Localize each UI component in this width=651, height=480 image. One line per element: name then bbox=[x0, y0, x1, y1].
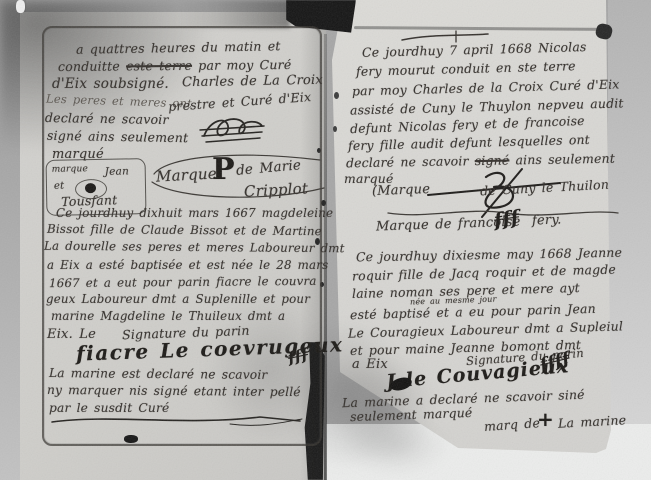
mark-box-name: Jean bbox=[105, 165, 129, 177]
right-background-strip bbox=[608, 0, 651, 480]
mark-label: Marque bbox=[156, 164, 218, 185]
francoise-mark-glyph: fff bbox=[493, 206, 521, 231]
page-edge-speck bbox=[333, 126, 337, 132]
manuscript-photo: a quattres heures du matin et conduitte … bbox=[0, 0, 651, 480]
handwriting-line: geux Laboureur dmt a Suplenille et pour bbox=[46, 292, 310, 306]
handwriting-line: declaré ne scavoir bbox=[45, 110, 169, 127]
white-speck bbox=[16, 0, 25, 13]
crossed-out-signature bbox=[196, 112, 268, 148]
stain-blob bbox=[340, 415, 450, 475]
crossed-out-words: este terre bbox=[126, 58, 192, 74]
mark-box-label: marque bbox=[52, 164, 88, 175]
handwriting-line: conduitte este terre par moy Curé bbox=[58, 57, 292, 74]
mark-label: (Marque bbox=[372, 182, 431, 199]
marie-mark-group: Marque P de Marie Cripplot bbox=[148, 148, 328, 210]
handwriting-line: La dourelle ses peres et meres Laboureur… bbox=[44, 239, 345, 256]
mark-initial: P bbox=[212, 152, 235, 187]
handwriting-line: Eix. Le bbox=[47, 327, 96, 342]
handwriting-line: ny marquer nis signé etant inter pellé bbox=[47, 383, 301, 399]
mark-name: Cripplot bbox=[244, 179, 309, 200]
cross-mark: + bbox=[537, 407, 554, 431]
handwriting-line: La marine est declaré ne scavoir bbox=[49, 366, 268, 382]
handwriting-line: d'Eix soubsigné. bbox=[52, 76, 169, 92]
page-edge-speck bbox=[334, 92, 339, 99]
handwriting-line: Bissot fille de Claude Bissot et de Mart… bbox=[47, 222, 322, 238]
ink-blob bbox=[85, 183, 96, 193]
frame-ink-blotch bbox=[124, 435, 138, 443]
handwriting-line: a Eix bbox=[352, 357, 388, 372]
handwriting-line: Ce jourdhuy dixhuit mars 1667 magdeleine bbox=[56, 206, 333, 220]
top-edge-shadow bbox=[180, 0, 290, 28]
flourish-underline bbox=[50, 412, 305, 428]
mark-name: fery. bbox=[532, 212, 562, 228]
handwriting-line: 1667 et a eut pour parin fiacre le couvr… bbox=[49, 274, 317, 290]
line-segment: par moy Curé bbox=[192, 57, 292, 73]
handwriting-line: marine Magdeline le Thuileux dmt a bbox=[51, 309, 285, 323]
handwriting-line: Charles de La Croix bbox=[182, 73, 323, 90]
handwriting-line: a Eix a esté baptisée et est née le 28 m… bbox=[47, 258, 328, 272]
handwriting-line: signé ains seulement bbox=[47, 128, 189, 145]
line-segment: conduitte bbox=[58, 58, 126, 74]
gutter-shadow bbox=[324, 34, 327, 480]
mark-box-word: et bbox=[54, 181, 65, 192]
